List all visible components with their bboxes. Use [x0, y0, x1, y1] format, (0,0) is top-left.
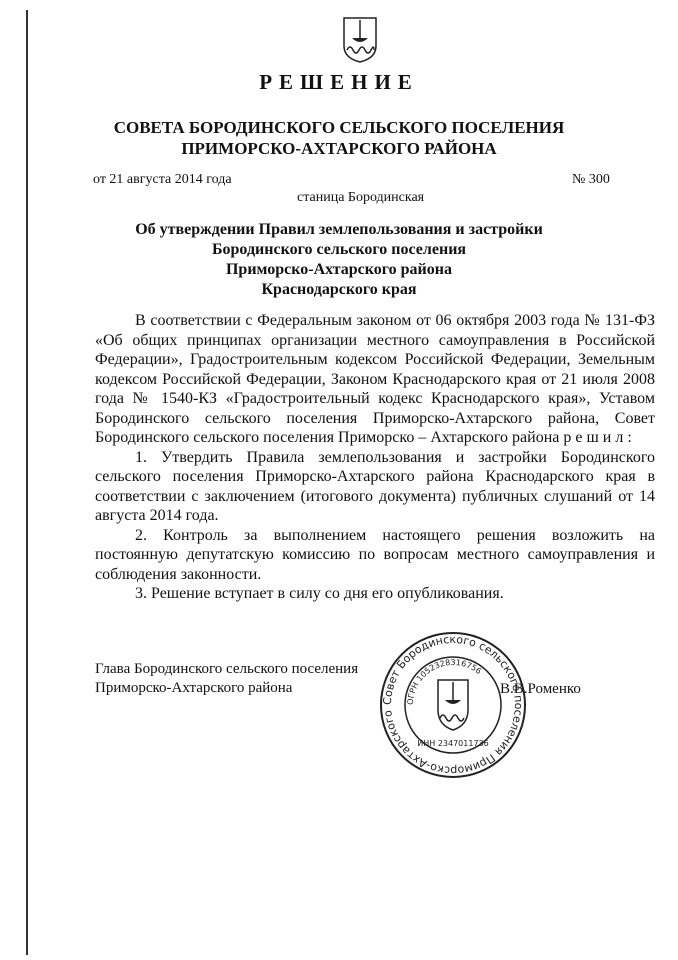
position-line-1: Глава Бородинского сельского поселения — [95, 660, 358, 679]
council-name: СОВЕТА БОРОДИНСКОГО СЕЛЬСКОГО ПОСЕЛЕНИЯ … — [0, 117, 678, 159]
subject-line: Бородинского сельского поселения — [0, 240, 678, 260]
council-line-1: СОВЕТА БОРОДИНСКОГО СЕЛЬСКОГО ПОСЕЛЕНИЯ — [0, 117, 678, 138]
council-line-2: ПРИМОРСКО-АХТАРСКОГО РАЙОНА — [0, 138, 678, 159]
decision-subject: Об утверждении Правил землепользования и… — [0, 220, 678, 300]
subject-line: Приморско-Ахтарского района — [0, 260, 678, 280]
decision-body: В соответствии с Федеральным законом от … — [95, 311, 655, 604]
document-title: РЕШЕНИЕ — [0, 70, 678, 95]
decision-date: от 21 августа 2014 года — [93, 172, 232, 188]
stamp-ogrn: ОГРН 1052328316756 — [406, 658, 483, 705]
decision-item-2: 2. Контроль за выполнением настоящего ре… — [95, 526, 655, 585]
decision-place: станица Бородинская — [297, 190, 424, 206]
position-line-2: Приморско-Ахтарского района — [95, 679, 358, 698]
decision-item-3: 3. Решение вступает в силу со дня его оп… — [95, 584, 655, 604]
decision-item-1: 1. Утвердить Правила землепользования и … — [95, 448, 655, 526]
coat-of-arms-icon — [340, 14, 380, 64]
signatory-position: Глава Бородинского сельского поселения П… — [95, 660, 358, 698]
stamp-inn: ИНН 2347011736 — [417, 739, 488, 748]
svg-text:ОГРН 1052328316756: ОГРН 1052328316756 — [406, 658, 483, 705]
decision-number: № 300 — [572, 172, 610, 188]
preamble: В соответствии с Федеральным законом от … — [95, 311, 655, 448]
official-stamp-icon: Совет Бородинского сельского поселения П… — [378, 630, 528, 780]
subject-line: Об утверждении Правил землепользования и… — [0, 220, 678, 240]
subject-line: Краснодарского края — [0, 280, 678, 300]
